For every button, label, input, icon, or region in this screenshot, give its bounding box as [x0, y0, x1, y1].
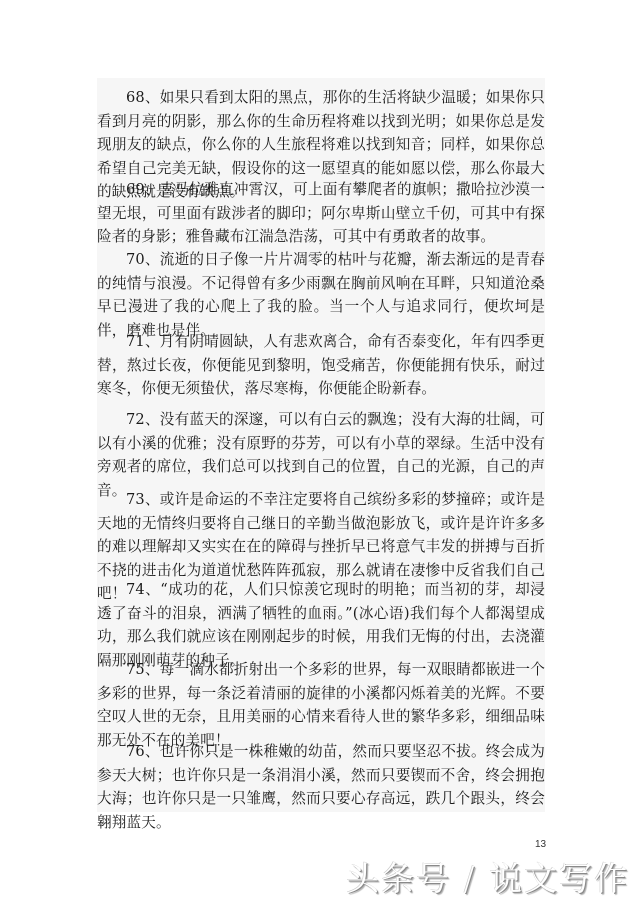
paragraph-76: 76、也许你只是一株稚嫩的幼苗，然而只要坚忍不拔。终会成为参天大树；也许你只是一…: [97, 740, 545, 834]
page-number: 13: [535, 839, 546, 850]
paragraph-71: 71、月有阴晴圆缺，人有悲欢离合，命有否泰变化，年有四季更替，熬过长夜，你便能见…: [97, 330, 545, 401]
watermark: 头条号 / 说文写作: [346, 853, 629, 900]
paragraph-70: 70、流逝的日子像一片片凋零的枯叶与花瓣，渐去渐远的是青春的纯情与浪漫。不记得曾…: [97, 248, 545, 342]
text-block: 68、如果只看到太阳的黑点，那你的生活将缺少温暖；如果你只看到月亮的阴影，那么你…: [97, 78, 545, 812]
paragraph-75: 75、每一滴水都折射出一个多彩的世界，每一双眼睛都嵌进一个多彩的世界，每一条泛着…: [97, 658, 545, 752]
paragraph-69: 69、喜马拉雅直冲霄汉，可上面有攀爬者的旗帜；撒哈拉沙漠一望无垠，可里面有跋涉者…: [97, 178, 545, 249]
